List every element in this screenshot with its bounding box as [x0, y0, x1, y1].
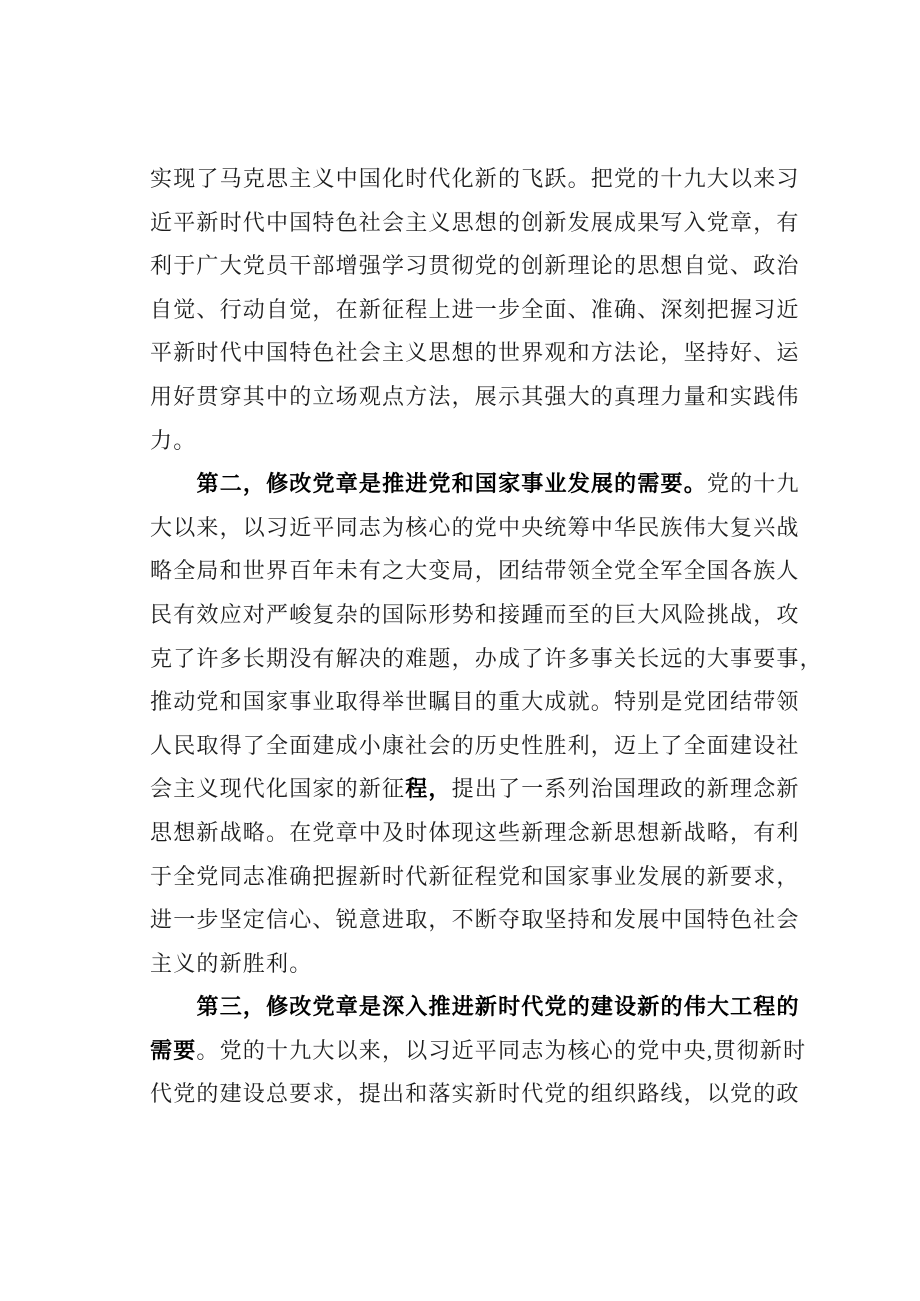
text-line: 用好贯穿其中的立场观点方法，展示其强大的真理力量和实践伟: [150, 375, 812, 419]
text-run: 力。: [150, 428, 196, 453]
text-line: 进一步坚定信心、锐意进取，不断夺取坚持和发展中国特色社会: [150, 898, 812, 942]
text-line: 民有效应对严峻复杂的国际形势和接踵而至的巨大风险挑战，攻: [150, 593, 812, 637]
text-line: 自觉、行动自觉，在新征程上进一步全面、准确、深刻把握习近: [150, 288, 812, 332]
text-line: 思想新战略。在党章中及时体现这些新理念新思想新战略，有利: [150, 811, 812, 855]
text-run: 平新时代中国特色社会主义思想的世界观和方法论，坚持好、运: [150, 340, 800, 365]
text-line: 主义的新胜利。: [150, 942, 812, 986]
text-run: 思想新战略。在党章中及时体现这些新理念新思想新战略，有利: [150, 820, 800, 845]
bold-text-run: 第二，修改党章是推进党和国家事业发展的需要。: [197, 471, 707, 496]
text-run: 进一步坚定信心、锐意进取，不断夺取坚持和发展中国特色社会: [150, 907, 800, 932]
text-run: 实现了马克思主义中国化时代化新的飞跃。把党的十九大以来习: [150, 166, 800, 191]
text-run: 克了许多长期没有解决的难题，办成了许多事关长远的大事要事，: [150, 646, 823, 671]
paragraph-1: 实现了马克思主义中国化时代化新的飞跃。把党的十九大以来习近平新时代中国特色社会主…: [150, 157, 812, 462]
text-line: 大以来，以习近平同志为核心的党中央统筹中华民族伟大复兴战: [150, 506, 812, 550]
text-line: 人民取得了全面建成小康社会的历史性胜利，迈上了全面建设社: [150, 724, 812, 768]
text-line: 第三，修改党章是深入推进新时代党的建设新的伟大工程的: [150, 985, 812, 1029]
text-line: 近平新时代中国特色社会主义思想的创新发展成果写入党章，有: [150, 201, 812, 245]
text-run: 于全党同志准确把握新时代新征程党和国家事业发展的新要求，: [150, 864, 800, 889]
paragraph-3: 第三，修改党章是深入推进新时代党的建设新的伟大工程的需要。党的十九大以来，以习近…: [150, 985, 812, 1116]
text-line: 推动党和国家事业取得举世瞩目的重大成就。特别是党团结带领: [150, 680, 812, 724]
text-run: 提出了一系列治国理政的新理念新: [452, 776, 800, 801]
text-line: 利于广大党员干部增强学习贯彻党的创新理论的思想自觉、政治: [150, 244, 812, 288]
text-line: 第二，修改党章是推进党和国家事业发展的需要。党的十九: [150, 462, 812, 506]
text-line: 代党的建设总要求，提出和落实新时代党的组织路线，以党的政: [150, 1072, 812, 1116]
text-run: 民有效应对严峻复杂的国际形势和接踵而至的巨大风险挑战，攻: [150, 602, 800, 627]
text-line: 需要。党的十九大以来，以习近平同志为核心的党中央,贯彻新时: [150, 1029, 812, 1073]
text-run: 代党的建设总要求，提出和落实新时代党的组织路线，以党的政: [150, 1081, 800, 1106]
bold-text-run: 需要: [150, 1038, 196, 1063]
text-run: 用好贯穿其中的立场观点方法，展示其强大的真理力量和实践伟: [150, 384, 800, 409]
text-run: 略全局和世界百年未有之大变局，团结带领全党全军全国各族人: [150, 558, 800, 583]
text-run: 推动党和国家事业取得举世瞩目的重大成就。特别是党团结带领: [150, 689, 800, 714]
text-line: 略全局和世界百年未有之大变局，团结带领全党全军全国各族人: [150, 549, 812, 593]
text-run: 人民取得了全面建成小康社会的历史性胜利，迈上了全面建设社: [150, 733, 800, 758]
document-text-block: 实现了马克思主义中国化时代化新的飞跃。把党的十九大以来习近平新时代中国特色社会主…: [150, 157, 812, 1116]
bold-text-run: 第三，修改党章是深入推进新时代党的建设新的伟大工程的: [197, 994, 800, 1019]
text-run: 大以来，以习近平同志为核心的党中央统筹中华民族伟大复兴战: [150, 515, 800, 540]
text-run: 利于广大党员干部增强学习贯彻党的创新理论的思想自觉、政治: [150, 253, 800, 278]
text-run: 党的十九: [707, 471, 800, 496]
text-line: 平新时代中国特色社会主义思想的世界观和方法论，坚持好、运: [150, 331, 812, 375]
document-page: 实现了马克思主义中国化时代化新的飞跃。把党的十九大以来习近平新时代中国特色社会主…: [0, 0, 920, 1301]
bold-text-run: 程，: [405, 776, 451, 801]
text-line: 力。: [150, 419, 812, 463]
text-run: 自觉、行动自觉，在新征程上进一步全面、准确、深刻把握习近: [150, 297, 800, 322]
paragraph-2: 第二，修改党章是推进党和国家事业发展的需要。党的十九大以来，以习近平同志为核心的…: [150, 462, 812, 985]
text-run: 主义的新胜利。: [150, 951, 312, 976]
text-line: 实现了马克思主义中国化时代化新的飞跃。把党的十九大以来习: [150, 157, 812, 201]
text-line: 克了许多长期没有解决的难题，办成了许多事关长远的大事要事，: [150, 637, 812, 681]
text-run: 。党的十九大以来，以习近平同志为核心的党中央,贯彻新时: [196, 1038, 806, 1063]
text-line: 于全党同志准确把握新时代新征程党和国家事业发展的新要求，: [150, 855, 812, 899]
text-run: 近平新时代中国特色社会主义思想的创新发展成果写入党章，有: [150, 210, 800, 235]
text-run: 会主义现代化国家的新征: [150, 776, 405, 801]
text-line: 会主义现代化国家的新征程，提出了一系列治国理政的新理念新: [150, 767, 812, 811]
